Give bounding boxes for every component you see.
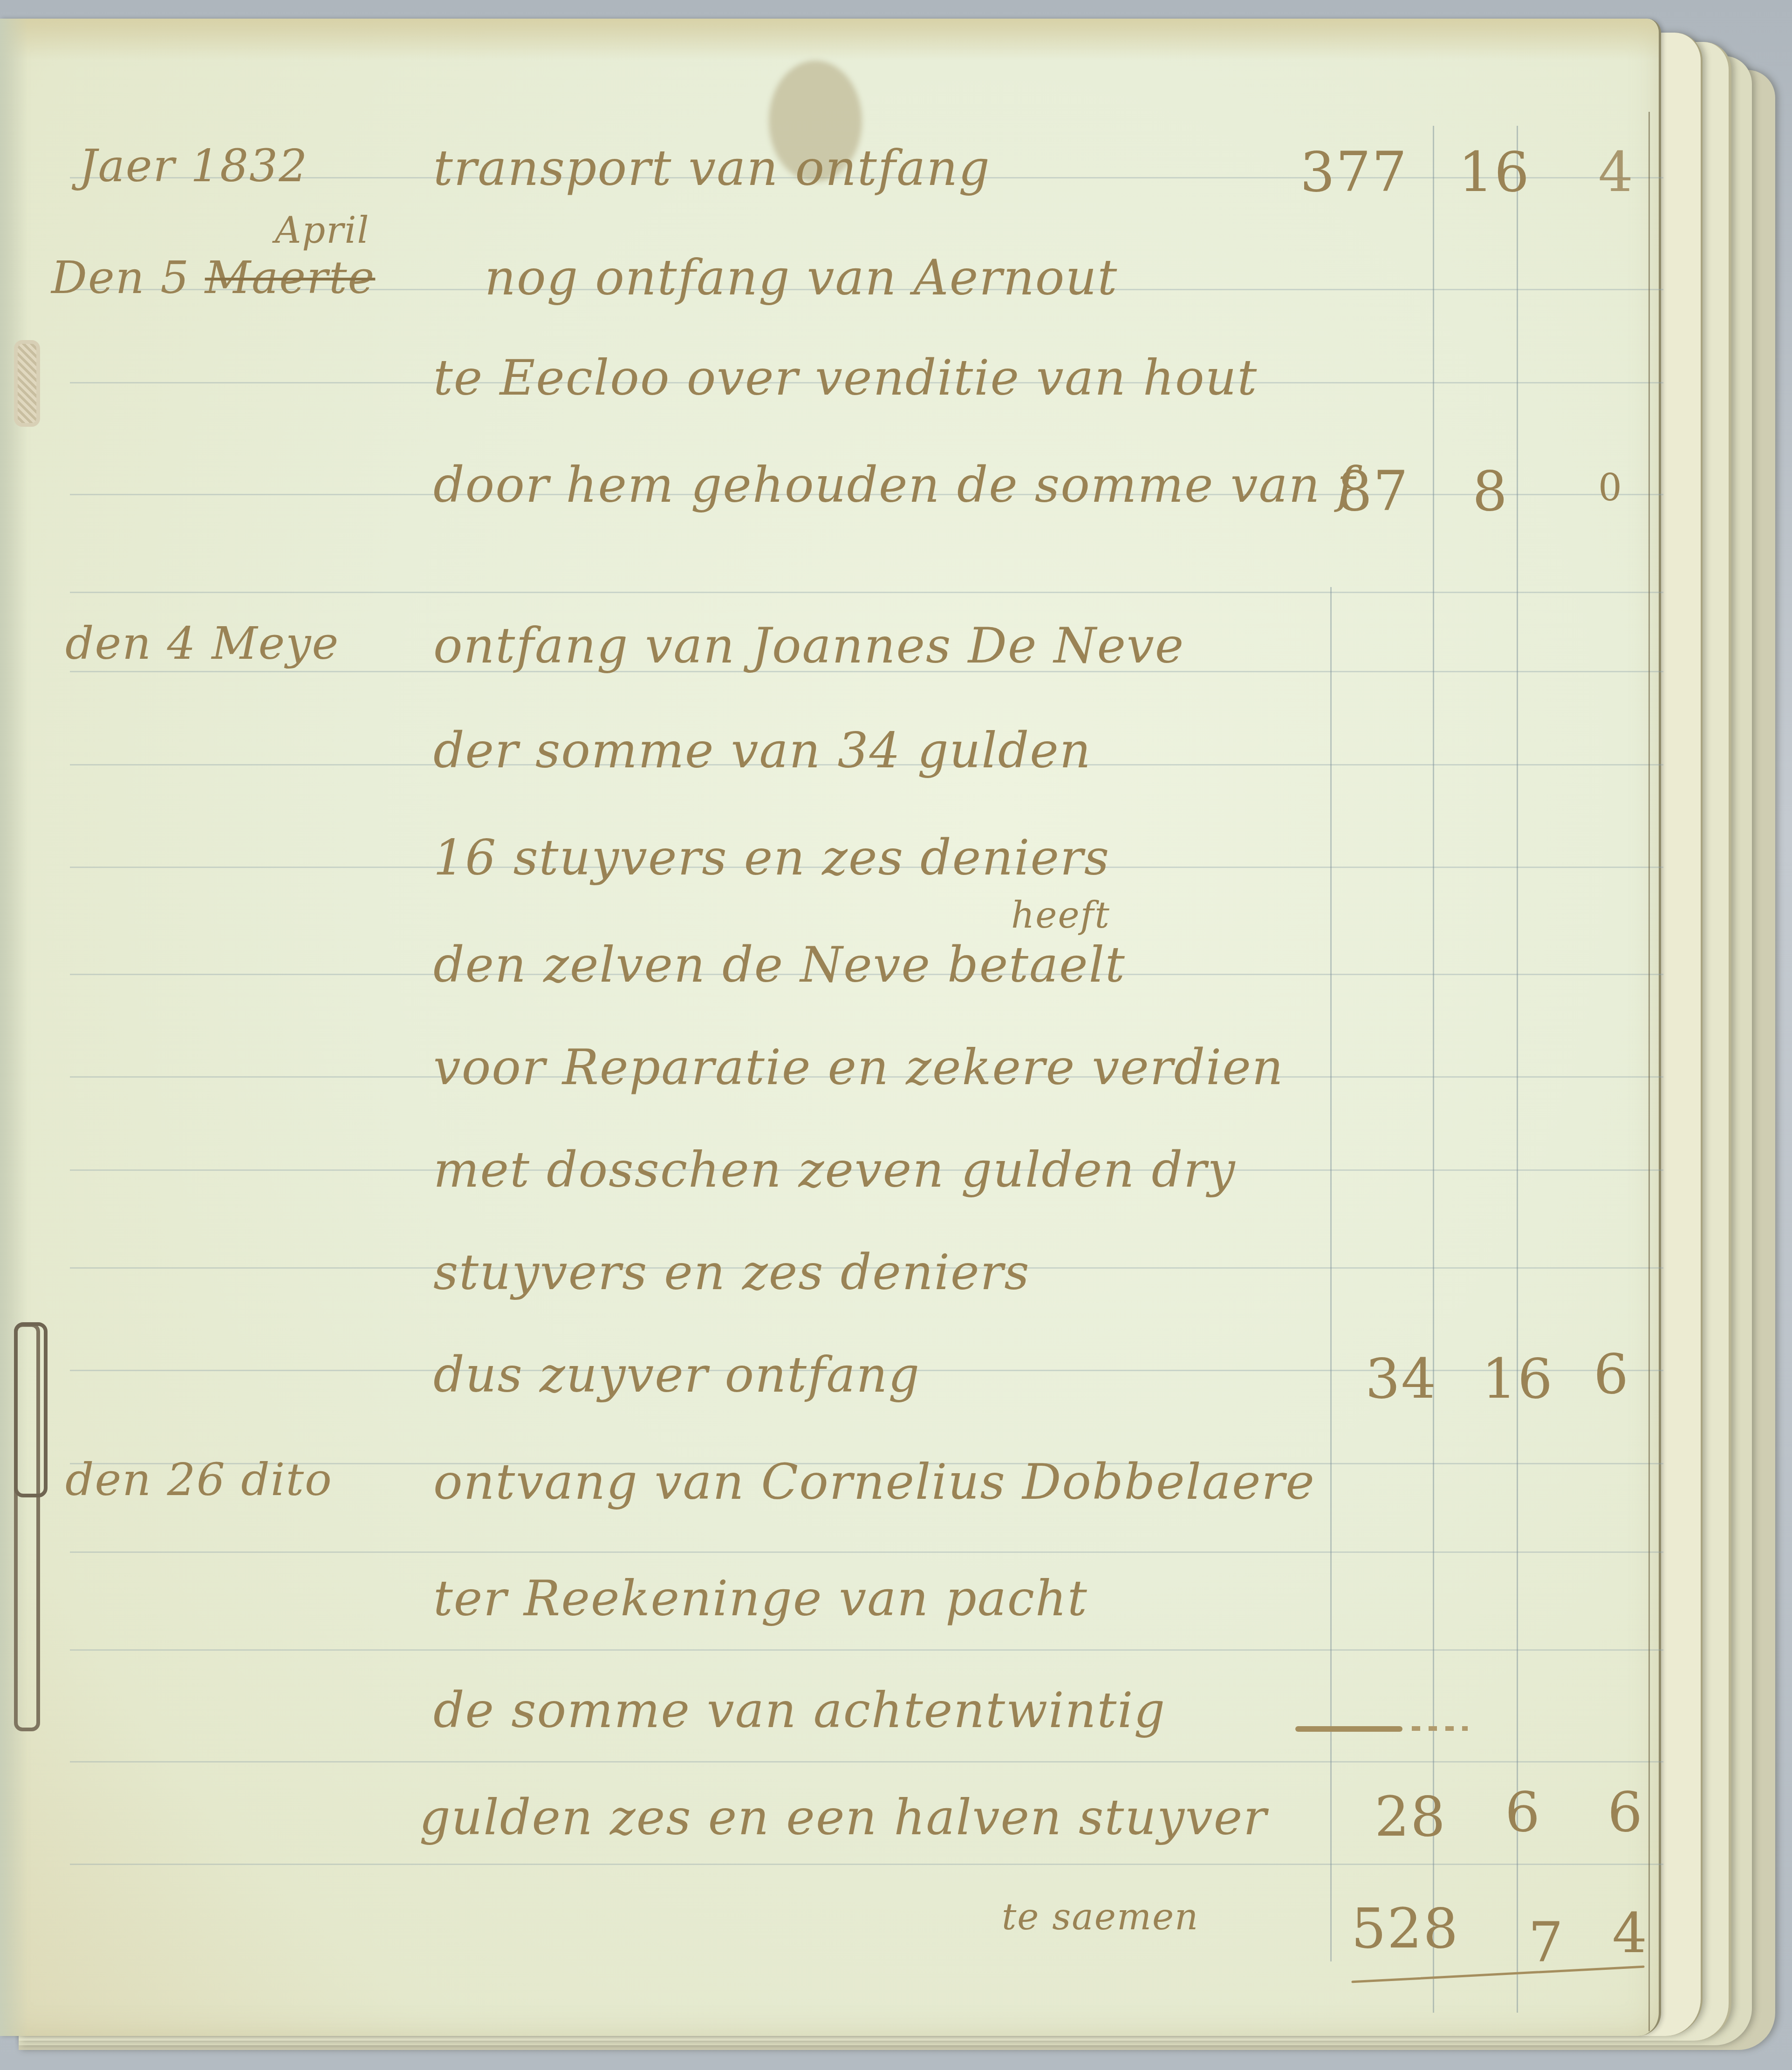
amount-stuivers: 16 (1482, 1346, 1553, 1411)
date-correction: April (275, 210, 369, 252)
entry-line: stuyvers en zes deniers (433, 1244, 1030, 1301)
amount-guilders: 34 (1365, 1346, 1437, 1411)
entry-line: voor Reparatie en zekere verdien (433, 1039, 1284, 1096)
ruled-line (70, 1649, 1663, 1651)
entry-line: dus zuyver ontfang (433, 1346, 920, 1403)
page-gutter (0, 19, 28, 2036)
entry-line: de somme van achtentwintig (433, 1682, 1166, 1739)
ruled-line (70, 592, 1663, 593)
amount-deniers: 0 (1598, 466, 1623, 509)
ruled-line (70, 1864, 1663, 1865)
entry-line: der somme van 34 gulden (433, 722, 1092, 779)
entry-line: ter Reekeninge van pacht (433, 1570, 1088, 1627)
column-rule (1330, 587, 1332, 1961)
page-top-edge (0, 19, 1659, 61)
amount-deniers: 4 (1598, 140, 1634, 204)
total-stuivers: 7 (1528, 1910, 1564, 1974)
entry-date: den 26 dito (65, 1454, 333, 1506)
paper-stain (769, 61, 862, 182)
entry-line: nog ontfang van Aernout (485, 249, 1118, 306)
ruled-line (70, 1761, 1663, 1763)
entry-line: 16 stuyvers en zes deniers (433, 829, 1110, 886)
ink-blot (1412, 1726, 1468, 1731)
amount-stuivers: 8 (1472, 459, 1508, 523)
amount-guilders: 87 (1337, 459, 1409, 523)
entry-date: Den 5 Maerte (51, 252, 375, 304)
amount-guilders: 377 (1300, 140, 1408, 204)
ruled-line (70, 1551, 1663, 1553)
page-fold (1648, 112, 1650, 2031)
amount-deniers: 6 (1594, 1342, 1629, 1406)
entry-line: den zelven de Neve betaelt (433, 936, 1126, 993)
sum-rule (1351, 1966, 1644, 1983)
entry-line: met dosschen zeven gulden dry (433, 1141, 1236, 1198)
total-label: te saemen (1002, 1896, 1199, 1938)
amount-deniers: 6 (1607, 1780, 1643, 1844)
entry-line: gulden zes en een halven stuyver (419, 1789, 1267, 1846)
insertion: heeft (1011, 895, 1110, 936)
binding-thread-icon (14, 340, 40, 427)
binding-thread-icon (14, 1323, 40, 1731)
amount-stuivers: 6 (1505, 1780, 1541, 1844)
entry-line: ontfang van Joannes De Neve (433, 617, 1184, 674)
entry-line: te Eecloo over venditie van hout (433, 349, 1258, 406)
amount-guilders: 28 (1375, 1784, 1446, 1849)
column-rule-stuivers (1517, 126, 1518, 2013)
entry-line: door hem gehouden de somme van f (433, 457, 1356, 513)
ink-blot (1295, 1726, 1402, 1732)
ledger-page: Jaer 1832 transport van ontfang 377 16 4… (0, 19, 1661, 2036)
entry-line: ontvang van Cornelius Dobbelaere (433, 1454, 1315, 1510)
amount-stuivers: 16 (1458, 140, 1530, 204)
header-title: transport van ontfang (433, 140, 991, 197)
total-guilders: 528 (1351, 1896, 1459, 1961)
struck-word: Maerte (205, 252, 376, 304)
entry-date: den 4 Meye (65, 617, 339, 670)
total-deniers: 4 (1612, 1901, 1648, 1965)
year-label: Jaer 1832 (79, 140, 308, 192)
